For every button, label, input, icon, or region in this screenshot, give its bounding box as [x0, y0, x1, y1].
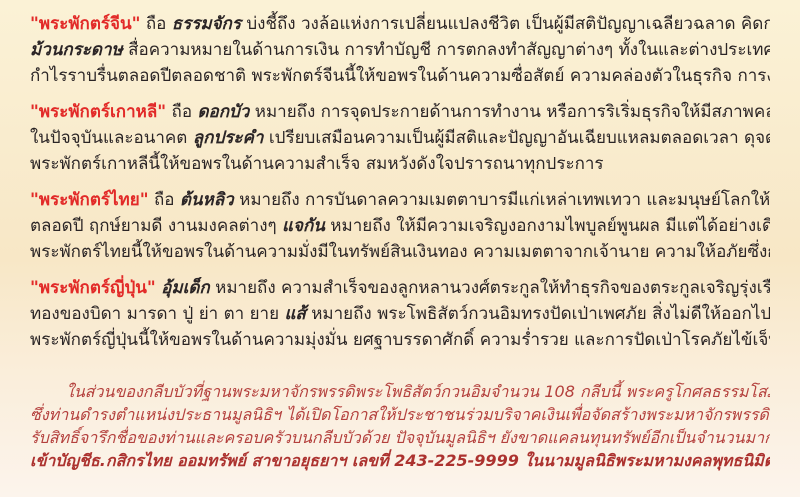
text-line: "พระพักตร์จีน" ถือ ธรรมจักร บ่งชี้ถึง วง…: [30, 11, 770, 37]
text-segment: ถือ: [166, 102, 197, 122]
text-segment: บ่งชี้ถึง วงล้อแห่งการเปลี่ยนแปลงชีวิต เ…: [241, 14, 770, 34]
face-heading: "พระพักตร์ญี่ปุ่น": [30, 278, 156, 298]
text-segment: หมายถึง การจุดประกายด้านการทำงาน หรือการ…: [249, 102, 770, 122]
text-segment: อุ้มเด็ก: [161, 278, 210, 298]
text-line: ตลอดปี ฤกษ์ยามดี งานมงคลต่างๆ แจกัน หมาย…: [30, 213, 770, 239]
text-segment: ในปัจจุบันและอนาคต: [30, 128, 193, 148]
text-segment: เข้าบัญชีธ.กสิกรไทย ออมทรัพย์ สาขาอยุธยา…: [30, 451, 770, 470]
text-segment: หมายถึง ให้มีความเจริญงอกงามไพบูลย์พูนผล…: [325, 216, 770, 236]
text-segment: แจกัน: [282, 216, 325, 236]
text-line: ในส่วนของกลีบบัวที่ฐานพระมหาจักรพรรดิพระ…: [30, 380, 770, 403]
paragraph-chinese-face: "พระพักตร์จีน" ถือ ธรรมจักร บ่งชี้ถึง วง…: [30, 11, 770, 89]
donation-notice: ในส่วนของกลีบบัวที่ฐานพระมหาจักรพรรดิพระ…: [30, 380, 770, 472]
text-segment: ตลอดปี ฤกษ์ยามดี งานมงคลต่างๆ: [30, 216, 282, 236]
text-segment: ดอกบัว: [197, 102, 249, 122]
text-line: ซึ่งท่านดำรงตำแหน่งประธานมูลนิธิฯ ได้เปิ…: [30, 403, 770, 426]
text-segment: ถือ: [149, 190, 180, 210]
text-segment: ต้นหลิว: [180, 190, 234, 210]
paragraph-thai-face: "พระพักตร์ไทย" ถือ ต้นหลิว หมายถึง การบั…: [30, 187, 770, 265]
text-line: พระพักตร์ญี่ปุ่นนี้ให้ขอพรในด้านความมุ่ง…: [30, 327, 770, 353]
text-line: พระพักตร์ไทยนี้ให้ขอพรในด้านความมั่งมีใน…: [30, 239, 770, 265]
text-segment: ม้วนกระดาษ: [30, 40, 123, 60]
text-segment: ในส่วนของกลีบบัวที่ฐานพระมหาจักรพรรดิพระ…: [66, 382, 770, 401]
text-segment: ซึ่งท่านดำรงตำแหน่งประธานมูลนิธิฯ ได้เปิ…: [30, 405, 770, 424]
text-line: กำไรราบรื่นตลอดปีตลอดชาติ พระพักตร์จีนนี…: [30, 63, 770, 89]
text-line: เข้าบัญชีธ.กสิกรไทย ออมทรัพย์ สาขาอยุธยา…: [30, 449, 770, 472]
text-segment: ทองของบิดา มารดา ปู่ ย่า ตา ยาย: [30, 304, 284, 324]
text-segment: เปรียบเสมือนความเป็นผู้มีสติและปัญญาอันเ…: [263, 128, 770, 148]
text-line: พระพักตร์เกาหลีนี้ให้ขอพรในด้านความสำเร็…: [30, 151, 770, 177]
text-segment: สื่อความหมายในด้านการเงิน การทำบัญชี การ…: [123, 40, 770, 60]
text-line: รับสิทธิ์จารึกชื่อของท่านและครอบครัวบนกล…: [30, 426, 770, 449]
text-segment: หมายถึง ความสำเร็จของลูกหลานวงศ์ตระกูลให…: [210, 278, 770, 298]
text-segment: พระพักตร์ไทยนี้ให้ขอพรในด้านความมั่งมีใน…: [30, 242, 770, 262]
text-segment: แส้: [284, 304, 305, 324]
text-segment: ถือ: [140, 14, 171, 34]
face-heading: "พระพักตร์จีน": [30, 14, 140, 34]
document-page: "พระพักตร์จีน" ถือ ธรรมจักร บ่งชี้ถึง วง…: [0, 0, 800, 497]
face-heading: "พระพักตร์ไทย": [30, 190, 149, 210]
text-segment: ลูกประคำ: [193, 128, 264, 148]
face-heading: "พระพักตร์เกาหลี": [30, 102, 166, 122]
text-line: ทองของบิดา มารดา ปู่ ย่า ตา ยาย แส้ หมาย…: [30, 301, 770, 327]
text-segment: พระพักตร์ญี่ปุ่นนี้ให้ขอพรในด้านความมุ่ง…: [30, 330, 770, 350]
text-segment: กำไรราบรื่นตลอดปีตลอดชาติ พระพักตร์จีนนี…: [30, 66, 770, 86]
text-segment: รับสิทธิ์จารึกชื่อของท่านและครอบครัวบนกล…: [30, 428, 770, 447]
text-segment: หมายถึง การบันดาลความเมตตาบารมีแก่เหล่าเ…: [234, 190, 770, 210]
text-line: "พระพักตร์ไทย" ถือ ต้นหลิว หมายถึง การบั…: [30, 187, 770, 213]
text-segment: ธรรมจักร: [172, 14, 241, 34]
paragraph-korean-face: "พระพักตร์เกาหลี" ถือ ดอกบัว หมายถึง การ…: [30, 99, 770, 177]
text-line: ม้วนกระดาษ สื่อความหมายในด้านการเงิน การ…: [30, 37, 770, 63]
text-line: ในปัจจุบันและอนาคต ลูกประคำ เปรียบเสมือน…: [30, 125, 770, 151]
text-line: "พระพักตร์เกาหลี" ถือ ดอกบัว หมายถึง การ…: [30, 99, 770, 125]
text-segment: หมายถึง พระโพธิสัตว์กวนอิมทรงปัดเป่าเพศภ…: [306, 304, 770, 324]
text-segment: พระพักตร์เกาหลีนี้ให้ขอพรในด้านความสำเร็…: [30, 154, 604, 174]
paragraph-japanese-face: "พระพักตร์ญี่ปุ่น" อุ้มเด็ก หมายถึง ความ…: [30, 275, 770, 353]
text-line: "พระพักตร์ญี่ปุ่น" อุ้มเด็ก หมายถึง ความ…: [30, 275, 770, 301]
